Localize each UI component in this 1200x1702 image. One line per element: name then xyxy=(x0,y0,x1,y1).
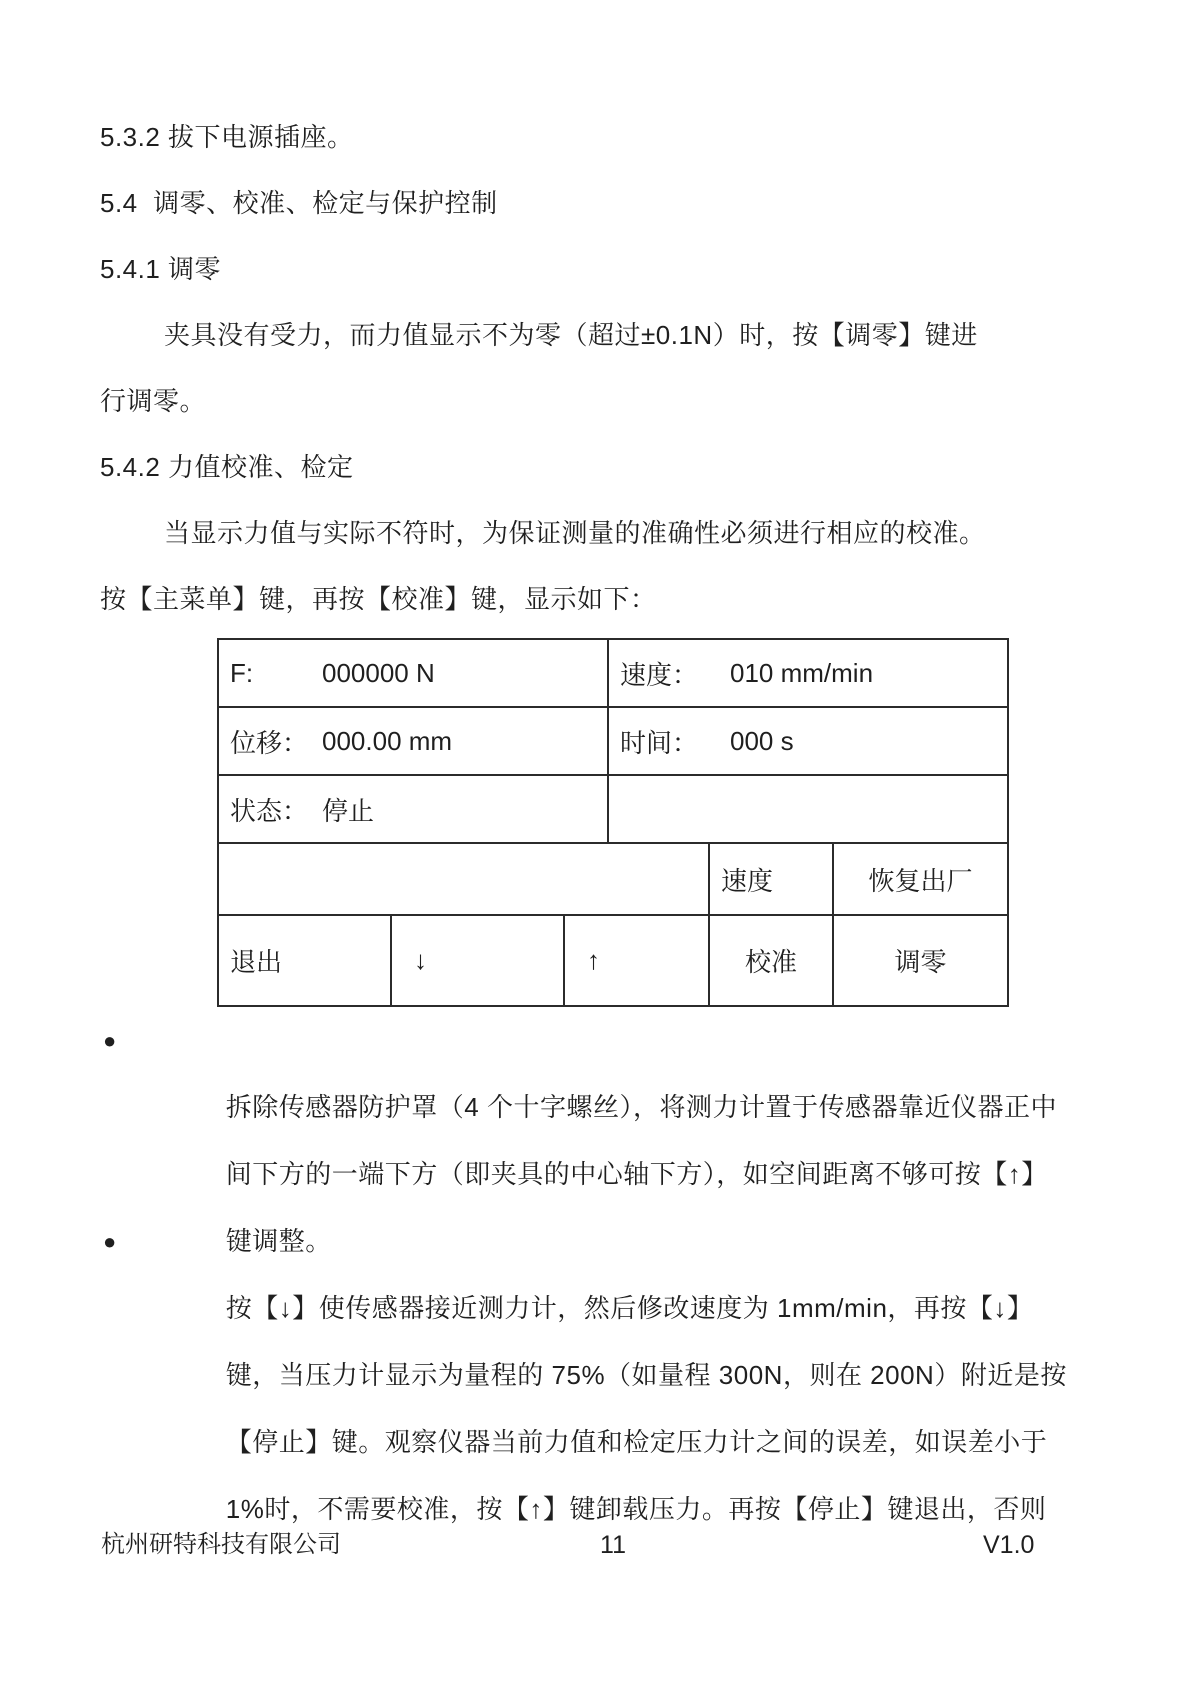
softkey-calibrate: 校准 xyxy=(708,916,832,1005)
time-label: 时间： xyxy=(620,723,730,760)
heading-5-4-2: 5.4.2 力值校准、检定 xyxy=(0,434,1200,500)
page-footer: 杭州研特科技有限公司 11 V1.0 xyxy=(0,1512,1200,1578)
bullet-item-remove-cover-line3: 键调整。 xyxy=(0,1141,1200,1208)
softkey-zero: 调零 xyxy=(832,916,1007,1005)
lcd-row-force-speed: F:000000 N 速度：010 mm/min xyxy=(219,640,1007,706)
speed-readout-cell: 速度：010 mm/min xyxy=(607,640,1007,706)
para-zeroing-line1: 夹具没有受力，而力值显示不为零（超过±0.1N）时，按【调零】键进 xyxy=(0,302,1200,368)
status-value: 停止 xyxy=(322,791,374,828)
bullet-item-press-down-line2: 键，当压力计显示为量程的 75%（如量程 300N，则在 200N）附近是按 xyxy=(0,1275,1200,1342)
softkey-up-arrow: ↑ xyxy=(563,916,708,1005)
status-label: 状态： xyxy=(230,791,322,828)
bullet-marker-icon: ● xyxy=(103,1007,117,1074)
bullet-item-press-down-line4: 1%时，不需要校准，按【↑】键卸载压力。再按【停止】键退出，否则 xyxy=(0,1409,1200,1476)
displacement-value: 000.00 mm xyxy=(322,726,452,757)
displacement-label: 位移： xyxy=(230,723,322,760)
manual-page: 5.3.2 拔下电源插座。 5.4 调零、校准、检定与保护控制 5.4.1 调零… xyxy=(0,0,1200,1702)
calibration-steps-list: ●拆除传感器防护罩（4 个十字螺丝），将测力计置于传感器靠近仪器正中 间下方的一… xyxy=(0,1007,1200,1476)
manual-body: 5.3.2 拔下电源插座。 5.4 调零、校准、检定与保护控制 5.4.1 调零… xyxy=(0,0,1200,1476)
bullet-item-press-down-line1: ●按【↓】使传感器接近测力计，然后修改速度为 1mm/min，再按【↓】 xyxy=(0,1208,1200,1275)
time-readout-cell: 时间：000 s xyxy=(607,708,1007,774)
softkey-factory-reset: 恢复出厂 xyxy=(832,844,1007,914)
lcd-display-table: F:000000 N 速度：010 mm/min 位移：000.00 mm 时间… xyxy=(217,638,1009,1007)
lcd-row-softkeys-bottom: 退出 ↓ ↑ 校准 调零 xyxy=(219,914,1007,1005)
heading-5-4: 5.4 调零、校准、检定与保护控制 xyxy=(0,170,1200,236)
speed-value: 010 mm/min xyxy=(730,658,873,689)
para-menu-instruction: 按【主菜单】键，再按【校准】键，显示如下： xyxy=(0,566,1200,632)
lcd-row-displacement-time: 位移：000.00 mm 时间：000 s xyxy=(219,706,1007,774)
softkey-speed: 速度 xyxy=(708,844,832,914)
heading-5-3-2: 5.3.2 拔下电源插座。 xyxy=(0,104,1200,170)
force-readout-cell: F:000000 N xyxy=(219,640,607,706)
time-value: 000 s xyxy=(730,726,794,757)
softkey-exit: 退出 xyxy=(219,916,390,1005)
speed-label: 速度： xyxy=(620,655,730,692)
status-readout-cell: 状态：停止 xyxy=(219,776,607,842)
footer-version: V1.0 xyxy=(983,1512,1034,1578)
up-arrow-icon: ↑ xyxy=(587,945,600,976)
bullet-marker-icon: ● xyxy=(103,1208,117,1275)
bullet-item-press-down-line3: 【停止】键。观察仪器当前力值和检定压力计之间的误差，如误差小于 xyxy=(0,1342,1200,1409)
footer-page-number: 11 xyxy=(600,1512,626,1578)
footer-company: 杭州研特科技有限公司 xyxy=(101,1512,341,1578)
para-calibration-intro: 当显示力值与实际不符时，为保证测量的准确性必须进行相应的校准。 xyxy=(0,500,1200,566)
softkey-blank-cell xyxy=(219,844,708,914)
lcd-row-status: 状态：停止 xyxy=(219,774,1007,842)
heading-5-4-1: 5.4.1 调零 xyxy=(0,236,1200,302)
force-label: F: xyxy=(230,658,322,689)
para-zeroing-line2: 行调零。 xyxy=(0,368,1200,434)
bullet-item-remove-cover-line1: ●拆除传感器防护罩（4 个十字螺丝），将测力计置于传感器靠近仪器正中 xyxy=(0,1007,1200,1074)
lcd-row-softkeys-top: 速度 恢复出厂 xyxy=(219,842,1007,914)
status-empty-cell xyxy=(607,776,1007,842)
down-arrow-icon: ↓ xyxy=(414,945,427,976)
force-value: 000000 N xyxy=(322,658,435,689)
softkey-down-arrow: ↓ xyxy=(390,916,563,1005)
bullet-item-remove-cover-line2: 间下方的一端下方（即夹具的中心轴下方），如空间距离不够可按【↑】 xyxy=(0,1074,1200,1141)
displacement-readout-cell: 位移：000.00 mm xyxy=(219,708,607,774)
